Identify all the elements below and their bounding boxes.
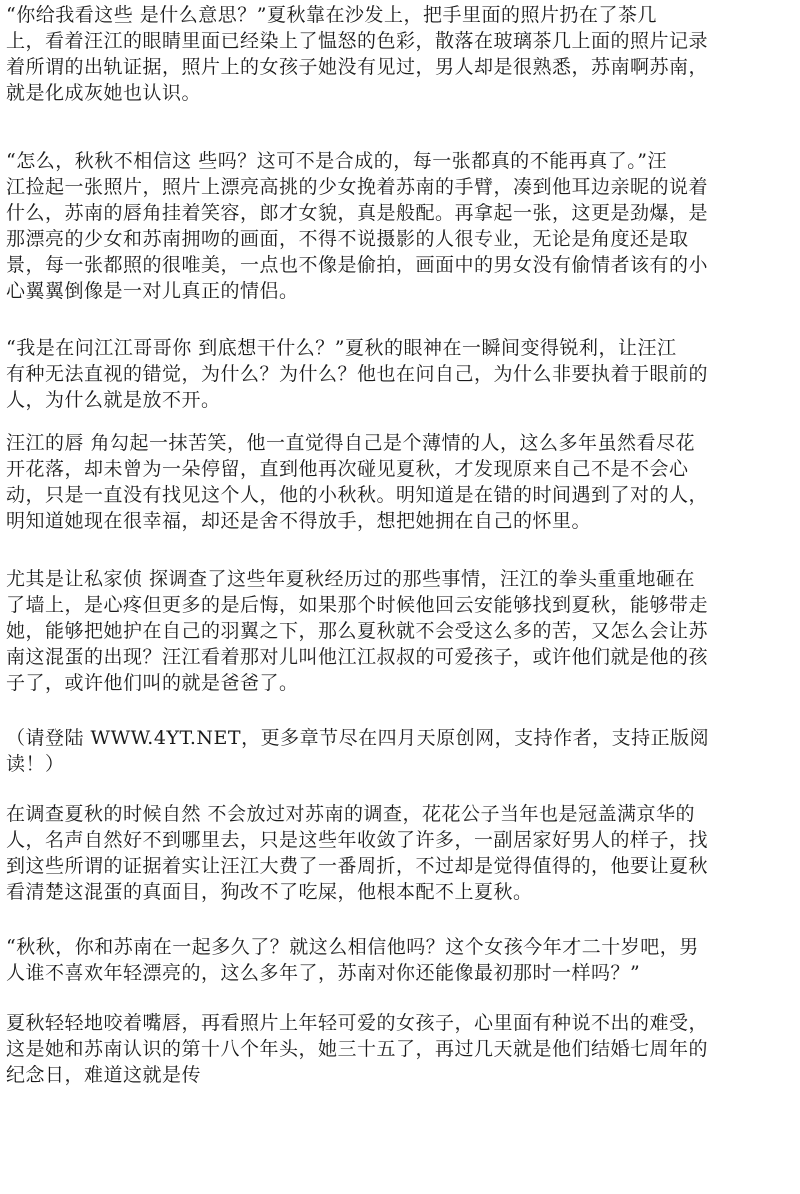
text-line: 心翼翼倒像是一对儿真正的情侣。 — [6, 278, 796, 304]
text-line: 夏秋轻轻地咬着嘴唇，再看照片上年轻可爱的女孩子，心里面有种说不出的难受， — [6, 1010, 796, 1036]
paragraph-1: “你给我看这些 是什么意思？”夏秋靠在沙发上，把手里面的照片扔在了茶几 上，看着… — [6, 2, 796, 106]
paragraph-9: 夏秋轻轻地咬着嘴唇，再看照片上年轻可爱的女孩子，心里面有种说不出的难受， 这是她… — [6, 1010, 796, 1088]
text-line: “我是在问江江哥哥你 到底想干什么？”夏秋的眼神在一瞬间变得锐利，让汪江 — [6, 335, 796, 361]
text-line: 动，只是一直没有找见这个人，他的小秋秋。明知道是在错的时间遇到了对的人， — [6, 482, 796, 508]
text-line: 着所谓的出轨证据，照片上的女孩子她没有见过，男人却是很熟悉，苏南啊苏南， — [6, 54, 796, 80]
text-line: 人，为什么就是放不开。 — [6, 387, 796, 413]
text-line: 了墙上，是心疼但更多的是后悔，如果那个时候他回云安能够找到夏秋，能够带走 — [6, 592, 796, 618]
text-line: （请登陆 WWW.4YT.NET，更多章节尽在四月天原创网，支持作者，支持正版阅 — [6, 725, 796, 751]
text-line: 这是她和苏南认识的第十八个年头，她三十五了，再过几天就是他们结婚七周年的 — [6, 1036, 796, 1062]
text-line: 就是化成灰她也认识。 — [6, 80, 796, 106]
text-line: 人谁不喜欢年轻漂亮的，这么多年了，苏南对你还能像最初那时一样吗？” — [6, 960, 796, 986]
paragraph-2: “怎么，秋秋不相信这 些吗？这可不是合成的，每一张都真的不能再真了。”汪 江捡起… — [6, 148, 796, 304]
paragraph-4: 汪江的唇 角勾起一抹苦笑，他一直觉得自己是个薄情的人，这么多年虽然看尽花 开花落… — [6, 430, 796, 534]
paragraph-8: “秋秋，你和苏南在一起多久了？就这么相信他吗？这个女孩今年才二十岁吧，男 人谁不… — [6, 934, 796, 986]
text-line: 到这些所谓的证据着实让汪江大费了一番周折，不过却是觉得值得的，他要让夏秋 — [6, 853, 796, 879]
text-line: “怎么，秋秋不相信这 些吗？这可不是合成的，每一张都真的不能再真了。”汪 — [6, 148, 796, 174]
text-line: 有种无法直视的错觉，为什么？为什么？他也在问自己，为什么非要执着于眼前的 — [6, 361, 796, 387]
text-line: 南这混蛋的出现？汪江看着那对儿叫他江江叔叔的可爱孩子，或许他们就是他的孩 — [6, 644, 796, 670]
paragraph-3: “我是在问江江哥哥你 到底想干什么？”夏秋的眼神在一瞬间变得锐利，让汪江 有种无… — [6, 335, 796, 413]
text-line: 什么，苏南的唇角挂着笑容，郎才女貌，真是般配。再拿起一张，这更是劲爆，是 — [6, 200, 796, 226]
text-line: 汪江的唇 角勾起一抹苦笑，他一直觉得自己是个薄情的人，这么多年虽然看尽花 — [6, 430, 796, 456]
text-line: “秋秋，你和苏南在一起多久了？就这么相信他吗？这个女孩今年才二十岁吧，男 — [6, 934, 796, 960]
text-line: 纪念日，难道这就是传 — [6, 1062, 796, 1088]
text-line: 那漂亮的少女和苏南拥吻的画面，不得不说摄影的人很专业，无论是角度还是取 — [6, 226, 796, 252]
text-line: “你给我看这些 是什么意思？”夏秋靠在沙发上，把手里面的照片扔在了茶几 — [6, 2, 796, 28]
paragraph-5: 尤其是让私家侦 探调查了这些年夏秋经历过的那些事情，汪江的拳头重重地砸在 了墙上… — [6, 566, 796, 696]
text-line: 她，能够把她护在自己的羽翼之下，那么夏秋就不会受这么多的苦，又怎么会让苏 — [6, 618, 796, 644]
text-line: 子了，或许他们叫的就是爸爸了。 — [6, 670, 796, 696]
text-line: 开花落，却未曾为一朵停留，直到他再次碰见夏秋，才发现原来自己不是不会心 — [6, 456, 796, 482]
text-line: 在调查夏秋的时候自然 不会放过对苏南的调查，花花公子当年也是冠盖满京华的 — [6, 801, 796, 827]
text-line: 江捡起一张照片，照片上漂亮高挑的少女挽着苏南的手臂，凑到他耳边亲昵的说着 — [6, 174, 796, 200]
text-line: 尤其是让私家侦 探调查了这些年夏秋经历过的那些事情，汪江的拳头重重地砸在 — [6, 566, 796, 592]
paragraph-7: 在调查夏秋的时候自然 不会放过对苏南的调查，花花公子当年也是冠盖满京华的 人，名… — [6, 801, 796, 905]
text-line: 明知道她现在很幸福，却还是舍不得放手，想把她拥在自己的怀里。 — [6, 508, 796, 534]
text-line: 读！） — [6, 751, 796, 777]
text-line: 人，名声自然好不到哪里去，只是这些年收敛了许多，一副居家好男人的样子，找 — [6, 827, 796, 853]
text-line: 景，每一张都照的很唯美，一点也不像是偷拍，画面中的男女没有偷情者该有的小 — [6, 252, 796, 278]
paragraph-6-notice: （请登陆 WWW.4YT.NET，更多章节尽在四月天原创网，支持作者，支持正版阅… — [6, 725, 796, 777]
text-line: 看清楚这混蛋的真面目，狗改不了吃屎，他根本配不上夏秋。 — [6, 879, 796, 905]
text-line: 上，看着汪江的眼睛里面已经染上了愠怒的色彩，散落在玻璃茶几上面的照片记录 — [6, 28, 796, 54]
